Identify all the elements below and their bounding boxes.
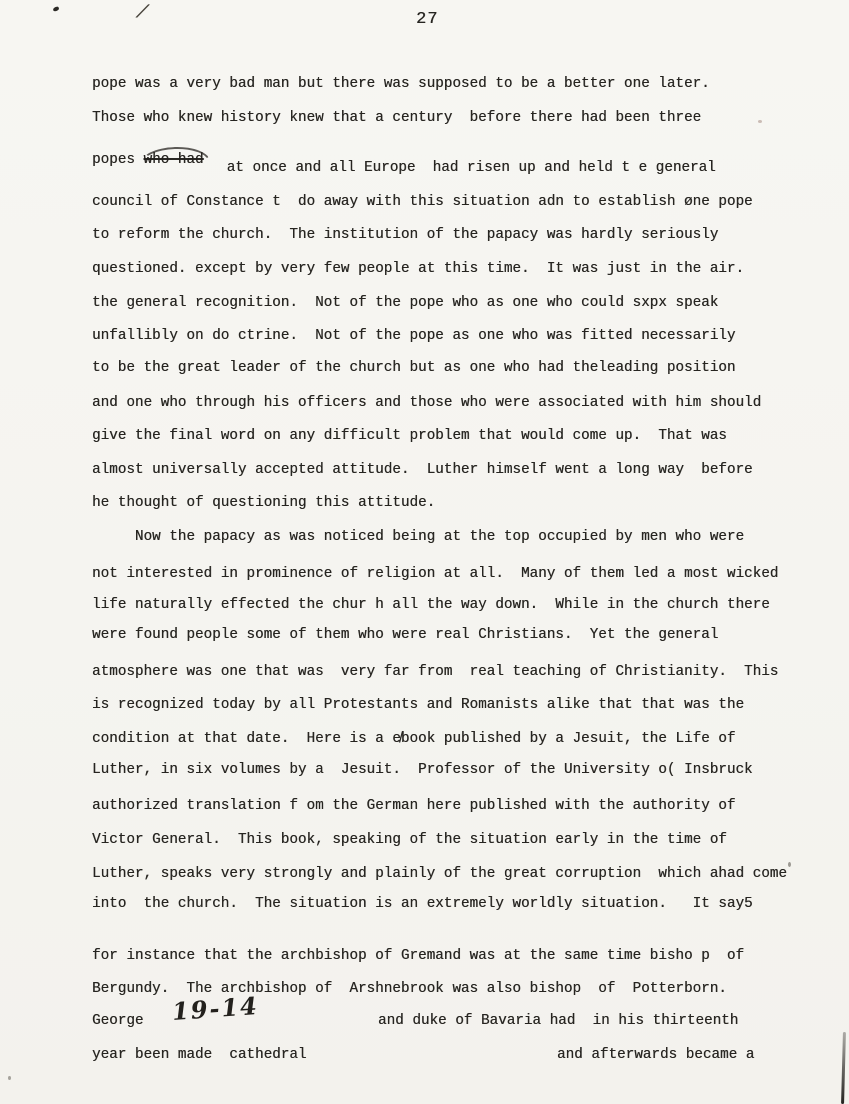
text-line: pope was a very bad man but there was su…	[92, 76, 710, 92]
text-line: is recognized today by all Protestants a…	[92, 697, 744, 713]
text-segment: and duke of Bavaria had in his thirteent…	[378, 1013, 738, 1029]
text-line: give the final word on any difficult pro…	[92, 428, 727, 444]
paper-speck	[788, 862, 791, 867]
text-line: Victor General. This book, speaking of t…	[92, 832, 727, 848]
text-line: unfallibly on do ctrine. Not of the pope…	[92, 328, 735, 344]
text-line: he thought of questioning this attitude.	[92, 495, 435, 511]
text-line-with-gap: year been made cathedraland afterwards b…	[92, 1047, 307, 1063]
text-line: to reform the church. The institution of…	[92, 227, 718, 243]
text-line-with-strikethrough: popes who had at once and all Europe had…	[92, 160, 716, 176]
text-line: life naturally effected the chur h all t…	[92, 597, 770, 613]
text-segment: popes	[92, 152, 143, 168]
text-segment: and afterwards became a	[557, 1047, 754, 1063]
typewritten-page: / 27 pope was a very bad man but there w…	[0, 0, 849, 1104]
text-line: were found people some of them who were …	[92, 627, 718, 643]
handwritten-annotation: 19-14	[171, 991, 260, 1026]
paper-speck	[8, 1076, 11, 1080]
text-line: into the church. The situation is an ext…	[92, 896, 753, 912]
text-line: to be the great leader of the church but…	[92, 360, 735, 376]
text-line: almost universally accepted attitude. Lu…	[92, 462, 753, 478]
paper-speck	[758, 120, 762, 123]
text-segment: George	[92, 1013, 143, 1029]
text-line: Those who knew history knew that a centu…	[92, 110, 701, 126]
text-line: Bergundy. The archbishop of Arshnebrook …	[92, 981, 727, 997]
strike-arc-mark	[140, 146, 211, 164]
text-line: council of Constance t do away with this…	[92, 194, 753, 210]
text-line: condition at that date. Here is a e̸book…	[92, 731, 735, 747]
text-line: not interested in prominence of religion…	[92, 566, 778, 582]
text-segment: year been made cathedral	[92, 1047, 307, 1063]
text-line: questioned. except by very few people at…	[92, 261, 744, 277]
text-line-with-gap: Georgeand duke of Bavaria had in his thi…	[92, 1013, 143, 1029]
text-line: and one who through his officers and tho…	[92, 395, 761, 411]
page-number: 27	[416, 10, 438, 29]
text-line: the general recognition. Not of the pope…	[92, 295, 718, 311]
text-segment: at once and all Europe had risen up and …	[210, 160, 716, 176]
text-line: authorized translation f om the German h…	[92, 798, 735, 814]
text-line: Luther, in six volumes by a Jesuit. Prof…	[92, 762, 753, 778]
page-edge-crease-mark	[841, 1032, 846, 1104]
text-line: for instance that the archbishop of Grem…	[92, 948, 744, 964]
ink-blot-mark	[52, 6, 59, 12]
pen-slash-mark: /	[134, 1, 149, 25]
text-line: atmosphere was one that was very far fro…	[92, 664, 778, 680]
text-line: Luther, speaks very strongly and plainly…	[92, 866, 787, 882]
text-line: Now the papacy as was noticed being at t…	[92, 529, 744, 545]
